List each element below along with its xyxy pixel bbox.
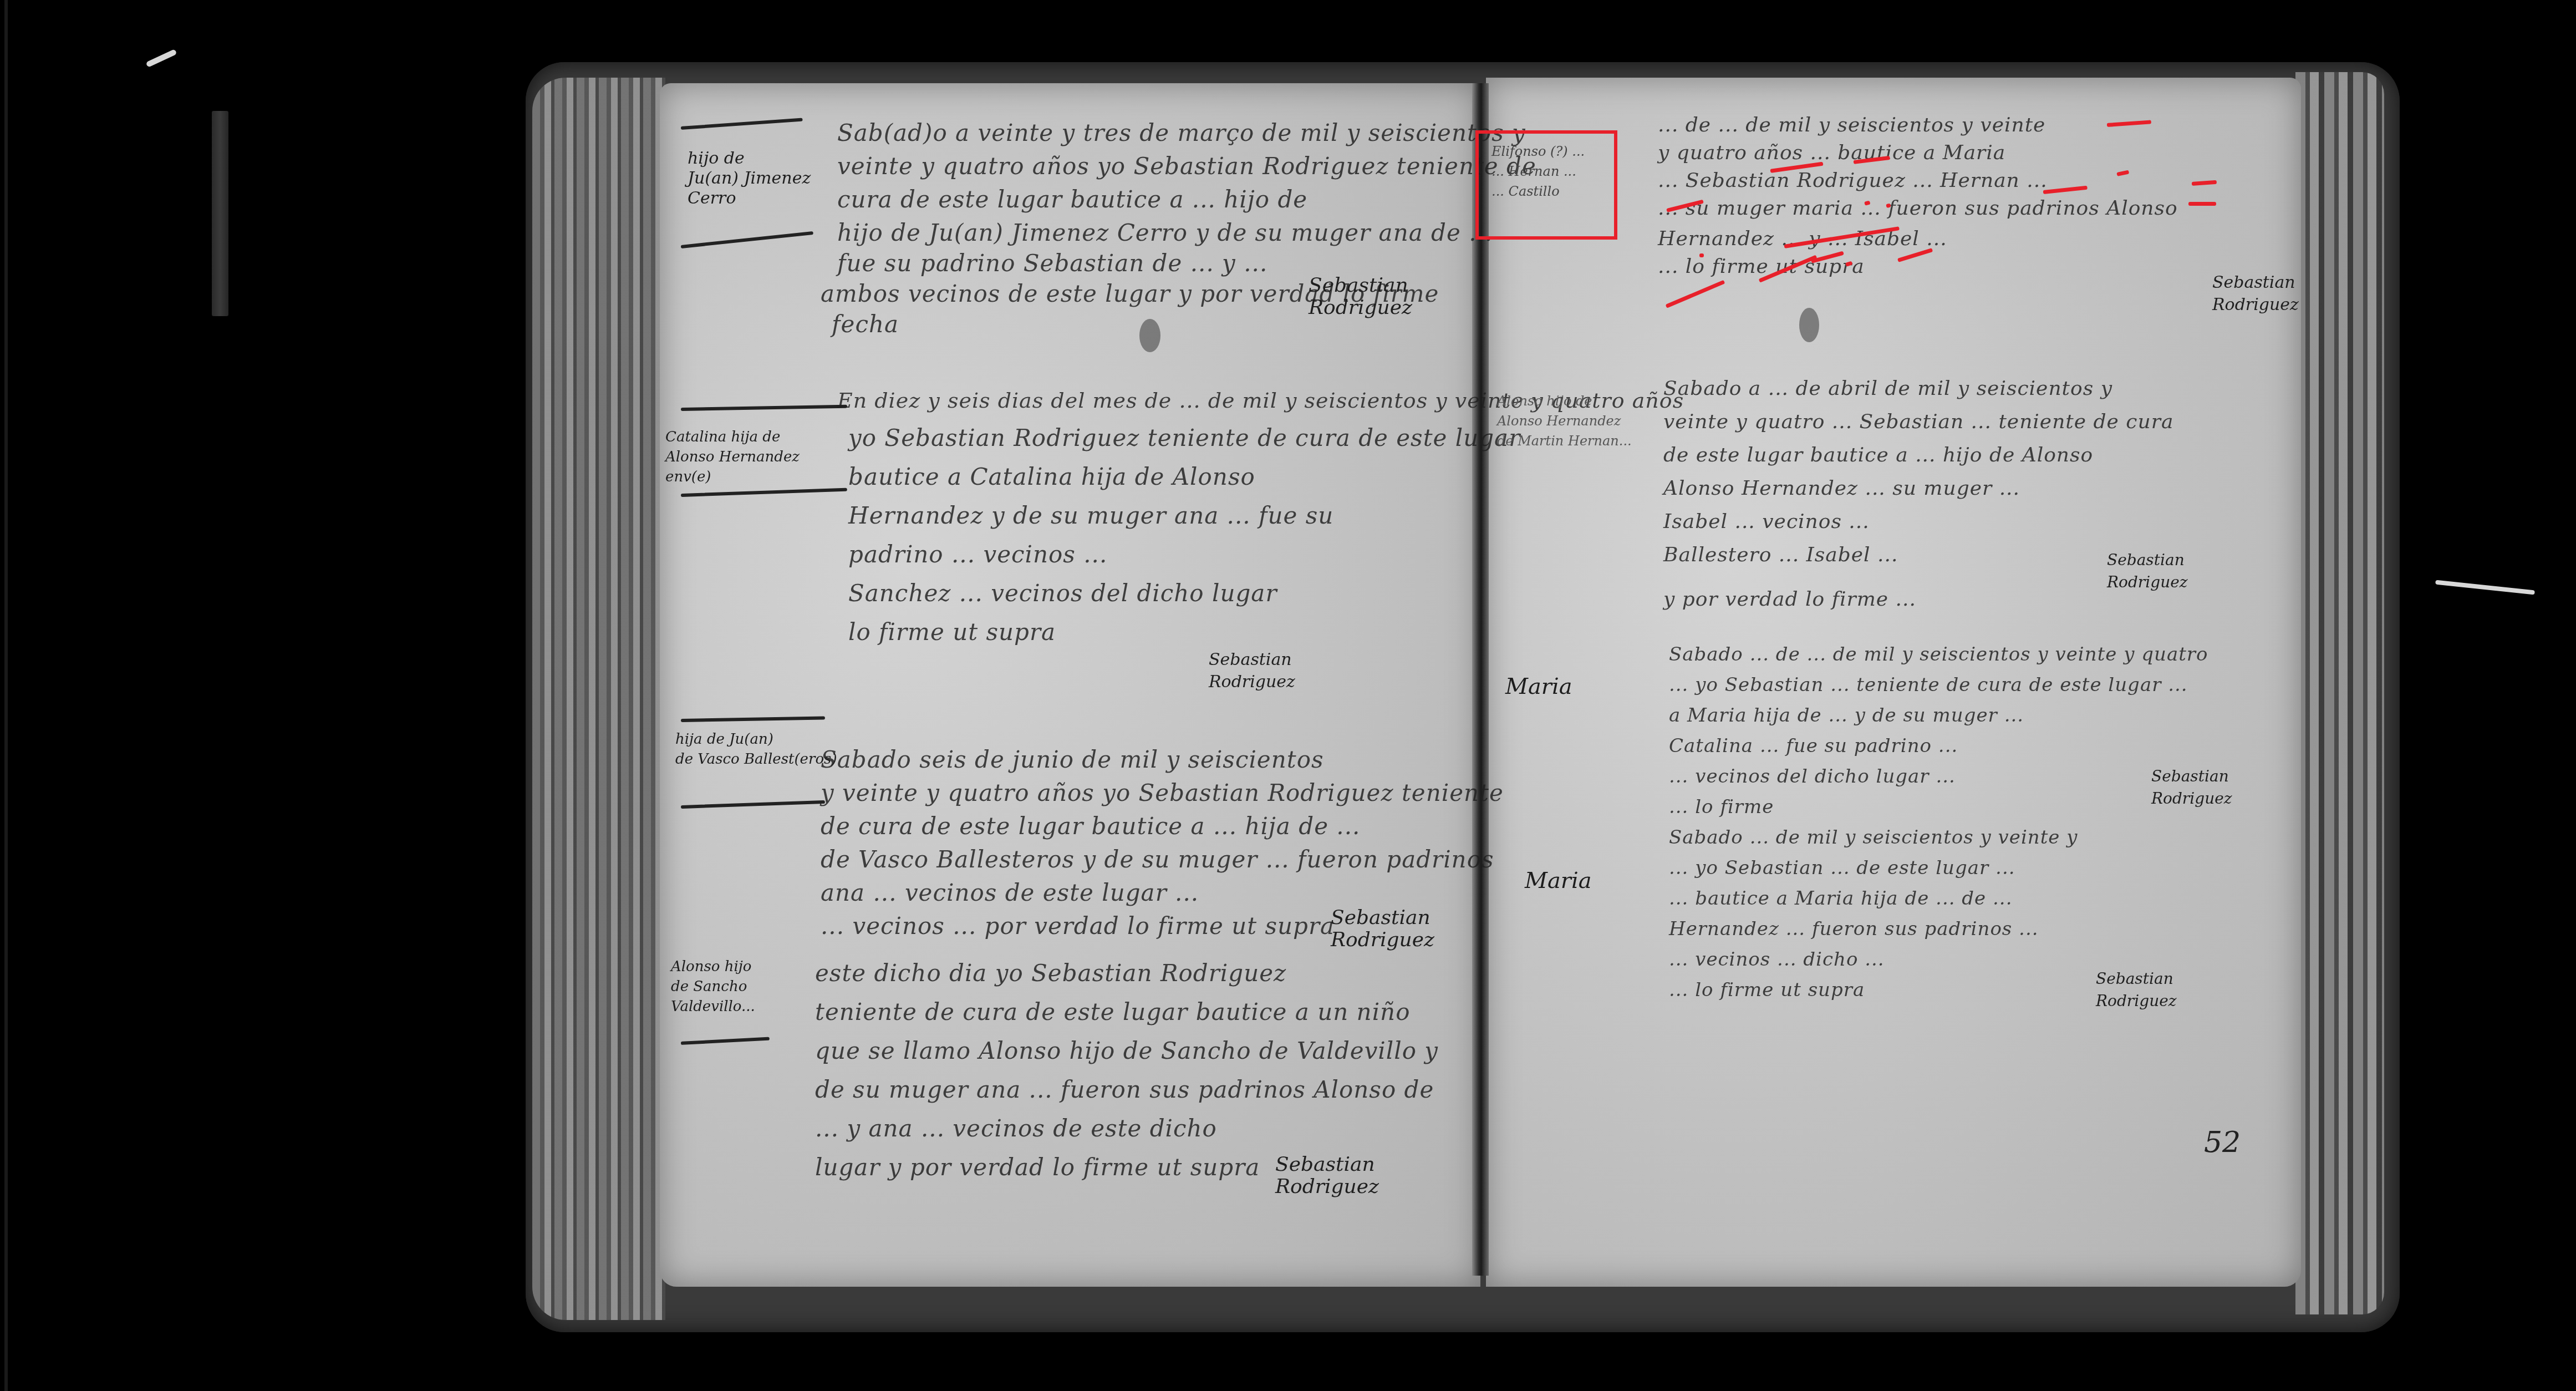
margin-note-left-1: hijo de Ju(an) Jimenez Cerro (688, 149, 811, 209)
entry-line: Sabado a ... de abril de mil y seiscient… (1663, 377, 2112, 400)
margin-note-right-2: Alonso hijo de Alonso Hernandez de Marti… (1497, 391, 1632, 451)
entry-line: Sabado seis de junio de mil y seisciento… (821, 746, 1323, 773)
folio-number: 52 (2204, 1126, 2241, 1159)
entry-line: teniente de cura de este lugar bautice a… (815, 998, 1410, 1026)
entry-line: a Maria hija de ... y de su muger ... (1669, 704, 2024, 727)
entry-line: de este lugar bautice a ... hijo de Alon… (1663, 444, 2093, 466)
margin-note-left-3: hija de Ju(an) de Vasco Ballest(eros) (675, 729, 837, 769)
entry-line: este dicho dia yo Sebastian Rodriguez (815, 960, 1286, 987)
signature: Sebastian Rodriguez (2212, 272, 2299, 316)
film-edge (4, 0, 8, 1391)
book-gutter (1472, 83, 1489, 1276)
signature: Sebastian Rodriguez (2107, 549, 2187, 593)
signature: Sebastian Rodriguez (2096, 968, 2176, 1012)
entry-line: de su muger ana ... fueron sus padrinos … (815, 1076, 1434, 1103)
entry-line: ... yo Sebastian ... teniente de cura de… (1669, 674, 2188, 696)
right-page-edges (2295, 72, 2384, 1314)
scan-background: hijo de Ju(an) Jimenez Cerro Catalina hi… (0, 0, 2576, 1391)
annotation-underline (1699, 253, 1704, 257)
entry-line: Hernandez y de su muger ana ... fue su (848, 502, 1333, 529)
entry-line: veinte y quatro ... Sebastian ... tenien… (1663, 410, 2173, 433)
margin-note-right-3: Maria (1505, 677, 1572, 697)
entry-line: lugar y por verdad lo firme ut supra (815, 1154, 1260, 1181)
ink-blot (1799, 308, 1819, 342)
entry-line: ... vecinos del dicho lugar ... (1669, 765, 1956, 788)
loose-fiber-left (146, 49, 177, 68)
entry-line: Alonso Hernandez ... su muger ... (1663, 477, 2020, 500)
entry-line: Sanchez ... vecinos del dicho lugar (848, 580, 1277, 607)
entry-line: Isabel ... vecinos ... (1663, 510, 1870, 533)
entry-line: ... vecinos ... por verdad lo firme ut s… (821, 912, 1335, 940)
entry-line: de Vasco Ballesteros y de su muger ... f… (821, 846, 1494, 873)
entry-line: Sabado ... de ... de mil y seiscientos y… (1669, 643, 2208, 666)
detached-fragment (212, 111, 228, 316)
entry-line: veinte y quatro años yo Sebastian Rodrig… (837, 153, 1536, 180)
entry-line: ... lo firme ut supra (1669, 979, 1865, 1001)
entry-line: fecha (832, 311, 899, 338)
entry-line: y veinte y quatro años yo Sebastian Rodr… (821, 779, 1504, 806)
margin-note-right-4: Maria (1525, 871, 1592, 891)
entry-line: ... lo firme ut supra (1658, 255, 1865, 278)
ink-blot (1139, 319, 1160, 352)
entry-line: cura de este lugar bautice a ... hijo de (837, 186, 1307, 213)
entry-line: Hernandez ... fueron sus padrinos ... (1669, 918, 2039, 940)
entry-line: padrino ... vecinos ... (848, 541, 1107, 568)
entry-line: fue su padrino Sebastian de ... y ... (837, 250, 1267, 277)
entry-line: ... vecinos ... dicho ... (1669, 948, 1885, 971)
entry-line: ... bautice a Maria hija de ... de ... (1669, 887, 2012, 910)
signature: Sebastian Rodriguez (2151, 765, 2232, 810)
entry-line: lo firme ut supra (848, 618, 1056, 646)
entry-line: que se llamo Alonso hijo de Sancho de Va… (815, 1037, 1438, 1064)
signature: Sebastian Rodriguez (1209, 649, 1295, 693)
entry-line: ... yo Sebastian ... de este lugar ... (1669, 857, 2015, 879)
entry-line: ana ... vecinos de este lugar ... (821, 879, 1199, 906)
entry-line: ... y ana ... vecinos de este dicho (815, 1115, 1217, 1142)
signature: Sebastian Rodriguez (1309, 275, 1412, 319)
entry-line: ... su muger maria ... fueron sus padrin… (1658, 197, 2178, 220)
entry-line: yo Sebastian Rodriguez teniente de cura … (848, 424, 1520, 451)
entry-line: Hernandez ... y ... Isabel ... (1658, 227, 1947, 250)
entry-line: hijo de Ju(an) Jimenez Cerro y de su mug… (837, 219, 1493, 246)
loose-fiber-right (2435, 580, 2535, 595)
entry-line: Catalina ... fue su padrino ... (1669, 735, 1958, 757)
entry-line: ... lo firme (1669, 796, 1774, 818)
entry-line: Sab(ad)o a veinte y tres de março de mil… (837, 119, 1526, 146)
annotation-highlight-box (1475, 130, 1617, 240)
margin-note-left-2: Catalina hija de Alonso Hernandez env(e) (665, 427, 800, 487)
entry-line: y quatro años ... bautice a Maria (1658, 141, 2005, 164)
entry-line: y por verdad lo firme ... (1663, 588, 1916, 611)
signature: Sebastian Rodriguez (1331, 907, 1434, 951)
annotation-underline (2188, 202, 2216, 206)
entry-line: bautice a Catalina hija de Alonso (848, 463, 1255, 490)
left-page-edges (532, 78, 665, 1320)
entry-line: Sabado ... de mil y seiscientos y veinte… (1669, 826, 2078, 849)
entry-line: ... de ... de mil y seiscientos y veinte (1658, 114, 2045, 136)
signature: Sebastian Rodriguez (1275, 1154, 1379, 1198)
entry-line: Ballestero ... Isabel ... (1663, 544, 1898, 566)
margin-note-left-4: Alonso hijo de Sancho Valdevillo... (671, 957, 755, 1017)
entry-line: de cura de este lugar bautice a ... hija… (821, 813, 1360, 840)
entry-line: ... Sebastian Rodriguez ... Hernan ... (1658, 169, 2048, 192)
